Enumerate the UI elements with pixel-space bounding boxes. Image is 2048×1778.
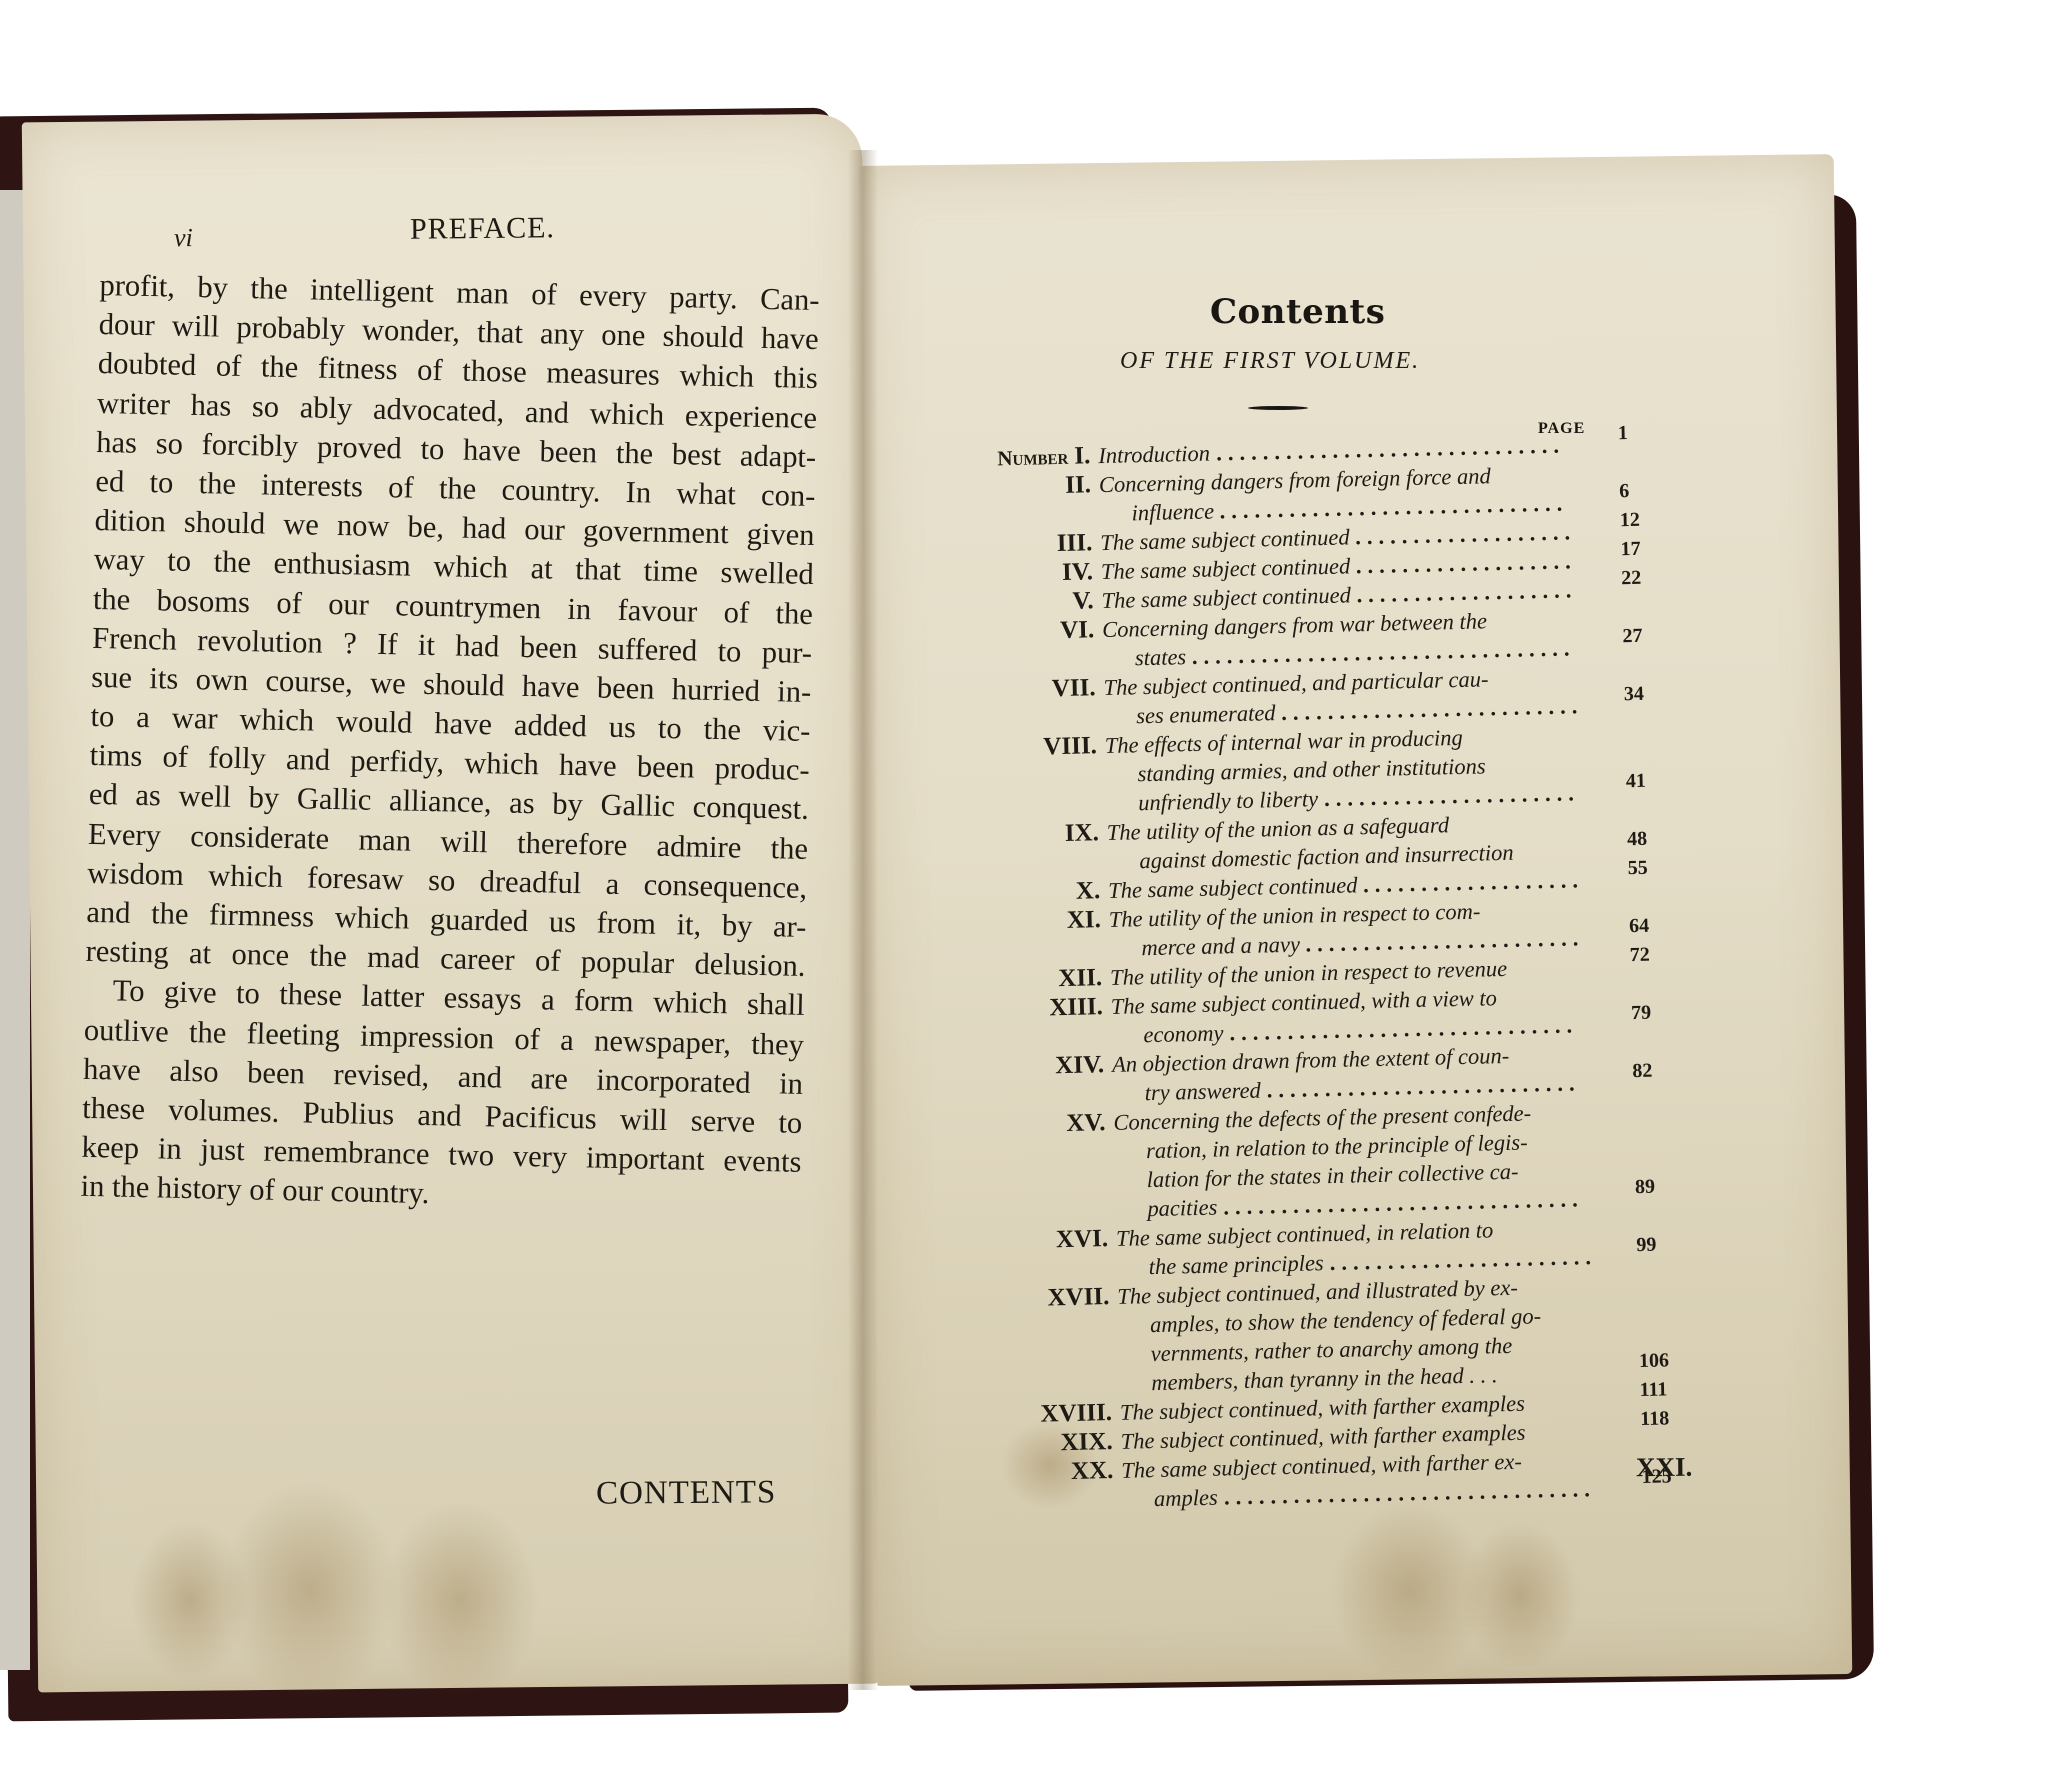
toc-number-text: VII. xyxy=(1052,674,1096,702)
toc-title: the same principles xyxy=(1148,1248,1324,1281)
toc-number: XII. xyxy=(1058,963,1102,993)
toc-page-number: 106 xyxy=(1639,1346,1670,1376)
toc-number-text: VI. xyxy=(1060,616,1095,644)
contents-title: Contents xyxy=(1210,292,1385,332)
toc-number: XVII. xyxy=(1047,1282,1109,1312)
toc-number: XV. xyxy=(1066,1108,1106,1138)
toc-page-number: 17 xyxy=(1620,535,1641,564)
ornamental-rule xyxy=(1248,406,1308,410)
toc-title: merce and a navy xyxy=(1141,930,1300,963)
toc-page-number: 27 xyxy=(1622,622,1643,651)
toc-number-text: II. xyxy=(1065,471,1091,499)
toc-entry: XVII.The subject continued, and illustra… xyxy=(989,1269,1691,1401)
toc-page-number: 99 xyxy=(1636,1231,1657,1260)
left-page-header: vi PREFACE. xyxy=(170,209,790,255)
toc-number: X. xyxy=(1076,876,1101,906)
toc-number-text: XI. xyxy=(1066,906,1101,934)
toc-number-text: IV. xyxy=(1062,558,1093,586)
toc-number: IX. xyxy=(1064,818,1099,848)
stain xyxy=(1460,1520,1580,1670)
toc-title: unfriendly to liberty xyxy=(1138,784,1319,817)
toc-number: V. xyxy=(1072,586,1094,615)
toc-number-text: IX. xyxy=(1065,819,1100,847)
toc-page-number: 48 xyxy=(1627,825,1648,854)
toc-number-text: I. xyxy=(1074,442,1091,469)
table-of-contents: NumberI.Introduction....................… xyxy=(970,428,1694,1517)
toc-title: economy xyxy=(1143,1018,1224,1049)
toc-page-number: 111 xyxy=(1639,1375,1667,1405)
toc-page-number: 64 xyxy=(1629,912,1650,941)
running-title: PREFACE. xyxy=(410,211,555,247)
toc-number: IV. xyxy=(1062,557,1093,587)
toc-number: VI. xyxy=(1060,615,1095,645)
toc-page-number: 12 xyxy=(1620,506,1641,535)
toc-number-text: XIV. xyxy=(1055,1051,1104,1079)
toc-number: XVI. xyxy=(1056,1224,1109,1254)
toc-title: states xyxy=(1135,642,1187,672)
toc-number: XIX. xyxy=(1060,1427,1113,1457)
toc-page-number: 34 xyxy=(1624,680,1645,709)
catchword-right: XXI. xyxy=(1636,1452,1693,1484)
toc-number-text: VIII. xyxy=(1043,732,1097,760)
toc-page-number: 118 xyxy=(1640,1404,1670,1434)
toc-number-text: X. xyxy=(1076,877,1101,905)
number-prefix: Number xyxy=(997,445,1069,471)
toc-number-text: III. xyxy=(1057,529,1093,557)
toc-number-text: XV. xyxy=(1066,1109,1106,1137)
toc-page-number: 6 xyxy=(1619,477,1630,506)
toc-number: NumberI. xyxy=(997,441,1091,473)
toc-number: XIV. xyxy=(1055,1050,1105,1080)
toc-number: II. xyxy=(1065,470,1091,500)
gutter xyxy=(848,150,878,1690)
preface-body: profit, by the intelligent man of every … xyxy=(80,266,820,1221)
toc-number-text: XVII. xyxy=(1047,1283,1109,1311)
toc-title: amples xyxy=(1154,1483,1218,1513)
toc-page-number: 89 xyxy=(1635,1173,1656,1202)
toc-number: III. xyxy=(1057,528,1093,558)
catchword-left: CONTENTS xyxy=(596,1474,777,1512)
stain xyxy=(130,1520,250,1680)
toc-page-number: 72 xyxy=(1629,941,1650,970)
toc-number-text: XII. xyxy=(1058,964,1102,992)
toc-number-text: XVIII. xyxy=(1040,1399,1112,1428)
toc-number-text: XIX. xyxy=(1060,1428,1113,1456)
toc-number: VII. xyxy=(1051,673,1095,703)
contents-subtitle: OF THE FIRST VOLUME. xyxy=(1120,348,1420,375)
toc-title: ses enumerated xyxy=(1136,698,1276,730)
toc-number: XX. xyxy=(1071,1456,1114,1486)
toc-page-number: 1 xyxy=(1618,419,1629,448)
toc-number-text: V. xyxy=(1072,587,1094,614)
toc-number-text: XIII. xyxy=(1049,993,1103,1021)
toc-number: VIII. xyxy=(1043,731,1097,761)
toc-number-text: XX. xyxy=(1071,1457,1114,1485)
toc-entry: VIII.The effects of internal war in prod… xyxy=(977,718,1679,821)
toc-title: influence xyxy=(1131,496,1214,527)
toc-page-number: 22 xyxy=(1621,564,1642,593)
toc-page-number: 41 xyxy=(1626,767,1647,796)
toc-number: XIII. xyxy=(1049,992,1103,1022)
toc-title: pacities xyxy=(1147,1193,1218,1224)
page-number: vi xyxy=(174,223,193,253)
toc-page-number: 82 xyxy=(1632,1057,1653,1086)
toc-number-text: XVI. xyxy=(1056,1225,1109,1253)
stain xyxy=(380,1500,540,1700)
toc-number: XVIII. xyxy=(1040,1398,1112,1429)
toc-page-number: 79 xyxy=(1631,999,1652,1028)
toc-number: XI. xyxy=(1066,905,1101,935)
toc-entry: XV.Concerning the defects of the present… xyxy=(985,1095,1687,1227)
toc-page-number: 55 xyxy=(1627,854,1648,883)
toc-title: Introduction xyxy=(1098,439,1210,471)
toc-title: try answered xyxy=(1144,1076,1261,1108)
